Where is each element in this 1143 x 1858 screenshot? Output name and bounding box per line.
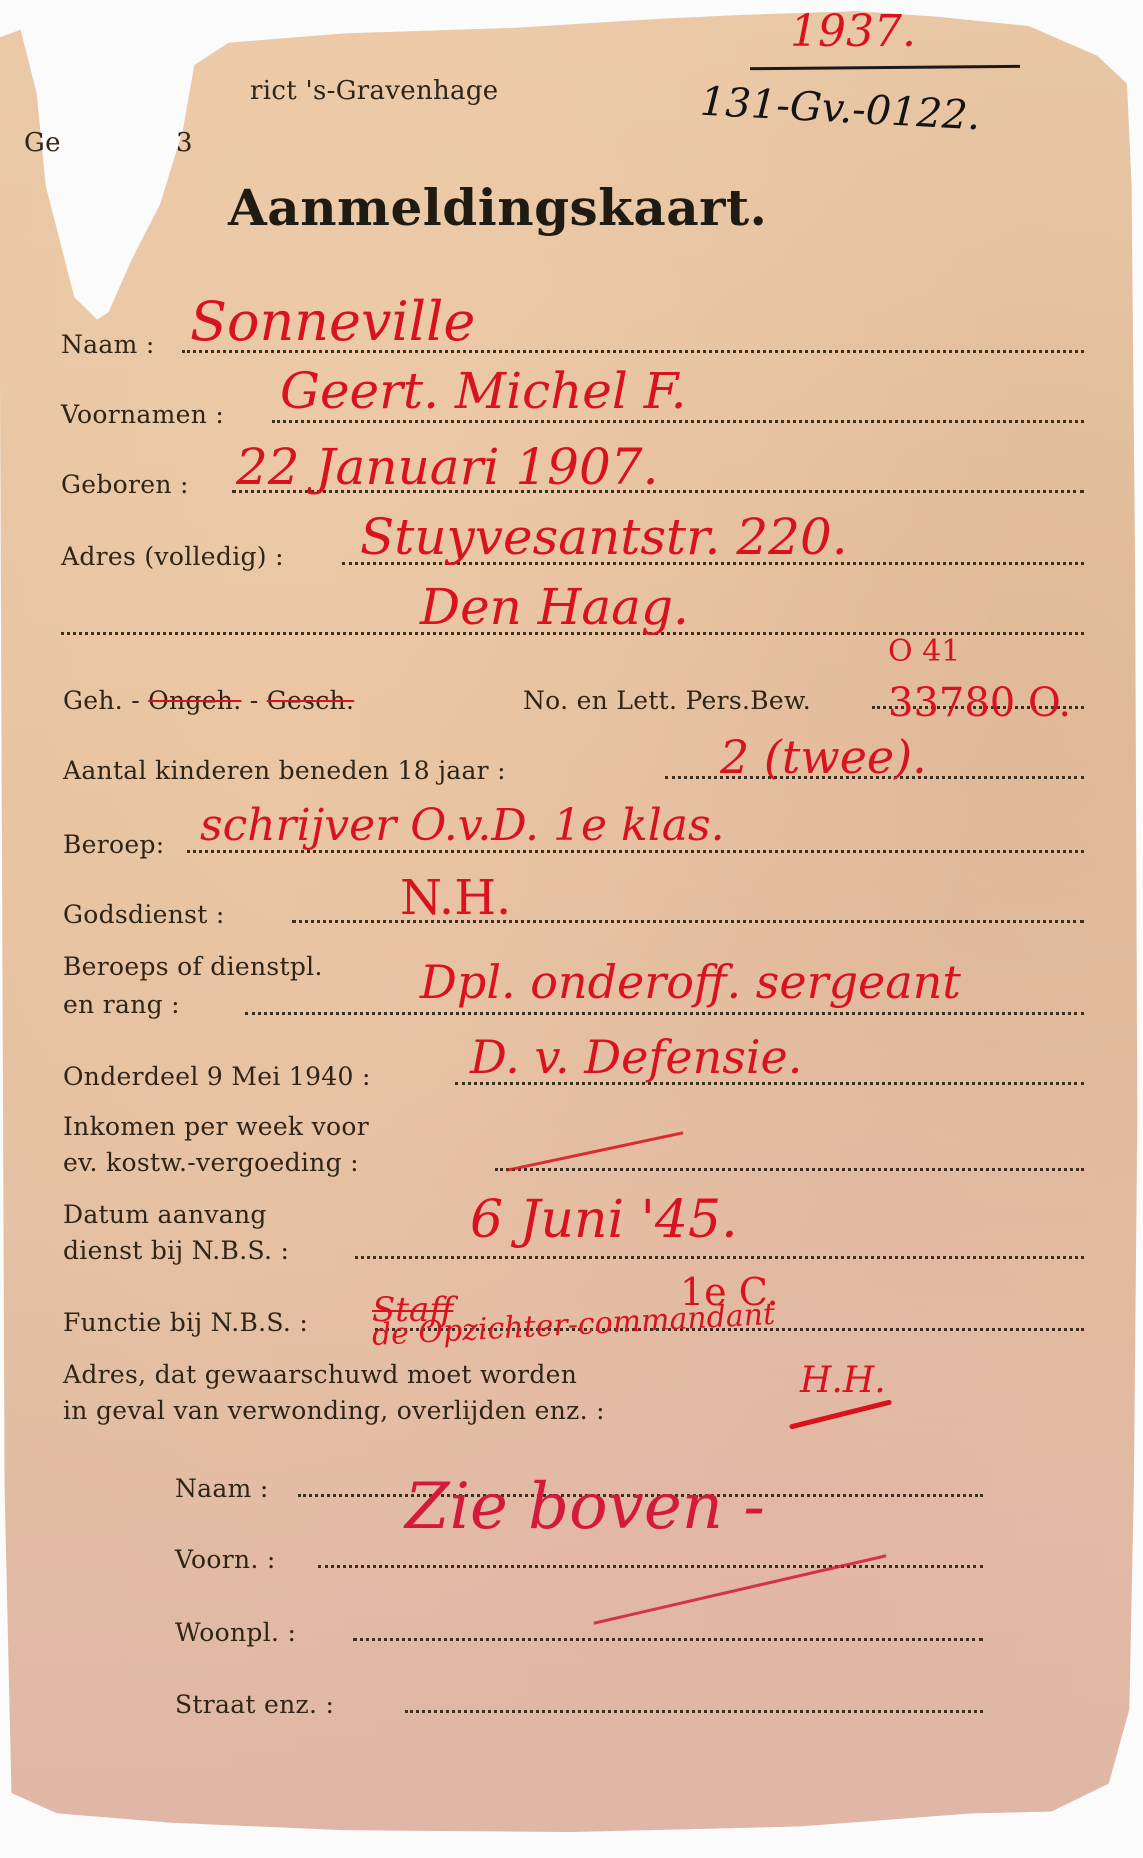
option-gescheiden-crossed: Gesch. bbox=[267, 686, 354, 715]
field-emergency-voorn[interactable] bbox=[318, 1565, 983, 1568]
label-noodadres-line2: in geval van verwonding, overlijden enz.… bbox=[63, 1396, 605, 1425]
value-onderdeel: D. v. Defensie. bbox=[470, 1030, 802, 1084]
value-emergency-naam: Zie boven - bbox=[405, 1470, 765, 1544]
value-beroep: schrijver O.v.D. 1e klas. bbox=[200, 800, 725, 851]
label-naam: Naam : bbox=[61, 330, 155, 359]
marital-status: Geh. - Ongeh. - Gesch. bbox=[63, 686, 354, 715]
value-functie-below: H.H. bbox=[800, 1360, 886, 1401]
district-header: rict 's-Gravenhage bbox=[250, 76, 499, 106]
value-godsdienst: N.H. bbox=[400, 870, 511, 926]
label-onderdeel: Onderdeel 9 Mei 1940 : bbox=[63, 1062, 371, 1091]
label-kostw-vergoeding: ev. kostw.-vergoeding : bbox=[63, 1148, 359, 1177]
value-persoonsbewijs-top: O 41 bbox=[888, 634, 960, 669]
label-functie: Functie bij N.B.S. : bbox=[63, 1308, 308, 1337]
label-beroeps-dienstpl: Beroeps of dienstpl. bbox=[63, 952, 323, 981]
field-inkomen[interactable] bbox=[495, 1168, 1084, 1171]
label-godsdienst: Godsdienst : bbox=[63, 900, 225, 929]
label-emergency-straat: Straat enz. : bbox=[175, 1690, 334, 1719]
field-emergency-straat[interactable] bbox=[405, 1710, 983, 1713]
label-beroep: Beroep: bbox=[63, 830, 165, 859]
value-kinderen: 2 (twee). bbox=[720, 730, 927, 784]
value-naam: Sonneville bbox=[190, 290, 475, 353]
field-rang[interactable] bbox=[245, 1012, 1084, 1015]
label-datum-aanvang: Datum aanvang bbox=[63, 1200, 267, 1229]
label-emergency-woonpl: Woonpl. : bbox=[175, 1618, 296, 1647]
option-gehuwd: Geh. bbox=[63, 686, 123, 715]
value-voornamen: Geert. Michel F. bbox=[280, 362, 687, 420]
label-noodadres-line1: Adres, dat gewaarschuwd moet worden bbox=[63, 1360, 577, 1389]
label-persoonsbewijs: No. en Lett. Pers.Bew. bbox=[523, 686, 811, 715]
label-inkomen: Inkomen per week voor bbox=[63, 1112, 369, 1141]
value-adres-line2: Den Haag. bbox=[420, 578, 689, 636]
field-datum-aanvang[interactable] bbox=[355, 1256, 1084, 1259]
gewest-label-fragment: Ge bbox=[24, 128, 61, 158]
label-en-rang: en rang : bbox=[63, 990, 180, 1019]
label-geboren: Geboren : bbox=[61, 470, 189, 499]
value-geboren: 22 Januari 1907. bbox=[236, 438, 659, 496]
field-emergency-woonpl[interactable] bbox=[353, 1638, 983, 1641]
label-kinderen: Aantal kinderen beneden 18 jaar : bbox=[63, 756, 506, 785]
label-dienst-nbs: dienst bij N.B.S. : bbox=[63, 1236, 289, 1265]
card-title: Aanmeldingskaart. bbox=[228, 178, 767, 237]
label-voornamen: Voornamen : bbox=[61, 400, 224, 429]
year-stamp: 1937. bbox=[790, 6, 916, 57]
label-emergency-naam: Naam : bbox=[175, 1474, 269, 1503]
value-rang: Dpl. onderoff. sergeant bbox=[420, 955, 961, 1009]
field-voornamen[interactable] bbox=[272, 420, 1084, 423]
registration-card bbox=[0, 0, 1143, 1858]
value-adres-line1: Stuyvesantstr. 220. bbox=[360, 508, 848, 566]
option-ongehuwd-crossed: Ongeh. bbox=[148, 686, 241, 715]
value-datum-aanvang: 6 Juni '45. bbox=[470, 1190, 738, 1250]
label-adres: Adres (volledig) : bbox=[61, 542, 284, 571]
gewest-number: 3 bbox=[176, 128, 193, 158]
value-persoonsbewijs: 33780 O. bbox=[888, 680, 1071, 726]
label-emergency-voorn: Voorn. : bbox=[175, 1545, 276, 1574]
